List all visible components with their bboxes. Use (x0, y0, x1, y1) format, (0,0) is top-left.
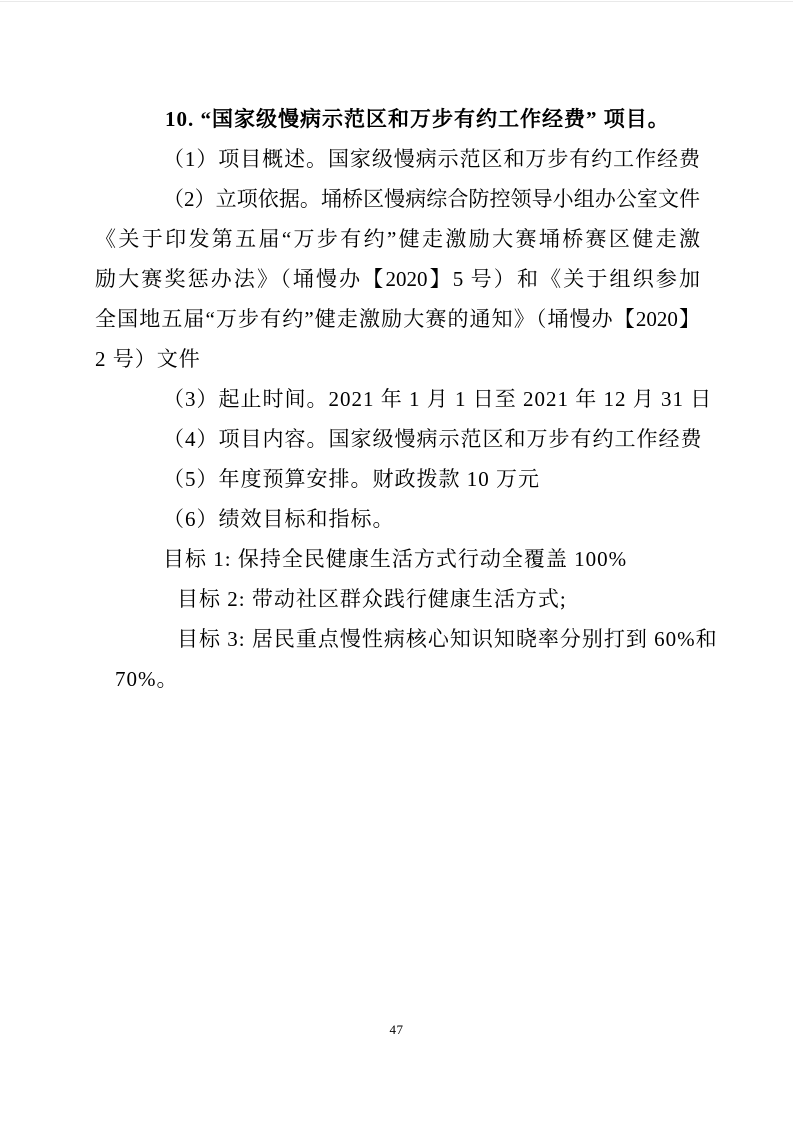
approval-basis-line-1: （2）立项依据。埇桥区慢病综合防控领导小组办公室文件 (95, 179, 700, 219)
goal-2-line: 目标 2: 带动社区群众践行健康生活方式; (95, 579, 700, 619)
page-top-edge-line (0, 1, 793, 2)
duration-line: （3）起止时间。2021 年 1 月 1 日至 2021 年 12 月 31 日 (95, 379, 700, 419)
performance-indicators-line: （6）绩效目标和指标。 (95, 499, 700, 539)
document-body: 10. “国家级慢病示范区和万步有约工作经费” 项目。 （1）项目概述。国家级慢… (95, 99, 700, 699)
goal-3-continuation-line: 70%。 (95, 659, 700, 699)
goal-3-line: 目标 3: 居民重点慢性病核心知识知晓率分别打到 60%和 (95, 619, 700, 659)
project-overview-line: （1）项目概述。国家级慢病示范区和万步有约工作经费 (95, 139, 700, 179)
page-number: 47 (0, 1022, 793, 1038)
project-content-line: （4）项目内容。国家级慢病示范区和万步有约工作经费 (95, 419, 700, 459)
budget-line: （5）年度预算安排。财政拨款 10 万元 (95, 459, 700, 499)
approval-basis-line-2: 《关于印发第五届“万步有约”健走激励大赛埇桥赛区健走激 (95, 219, 700, 259)
approval-basis-line-3: 励大赛奖惩办法》（埇慢办【2020】5 号）和《关于组织参加 (95, 259, 700, 299)
approval-basis-line-5: 2 号）文件 (95, 339, 700, 379)
document-page: 10. “国家级慢病示范区和万步有约工作经费” 项目。 （1）项目概述。国家级慢… (0, 0, 793, 1122)
goal-1-line: 目标 1: 保持全民健康生活方式行动全覆盖 100% (95, 539, 700, 579)
section-heading: 10. “国家级慢病示范区和万步有约工作经费” 项目。 (95, 99, 700, 139)
approval-basis-line-4: 全国地五届“万步有约”健走激励大赛的通知》（埇慢办【2020】 (95, 299, 700, 339)
